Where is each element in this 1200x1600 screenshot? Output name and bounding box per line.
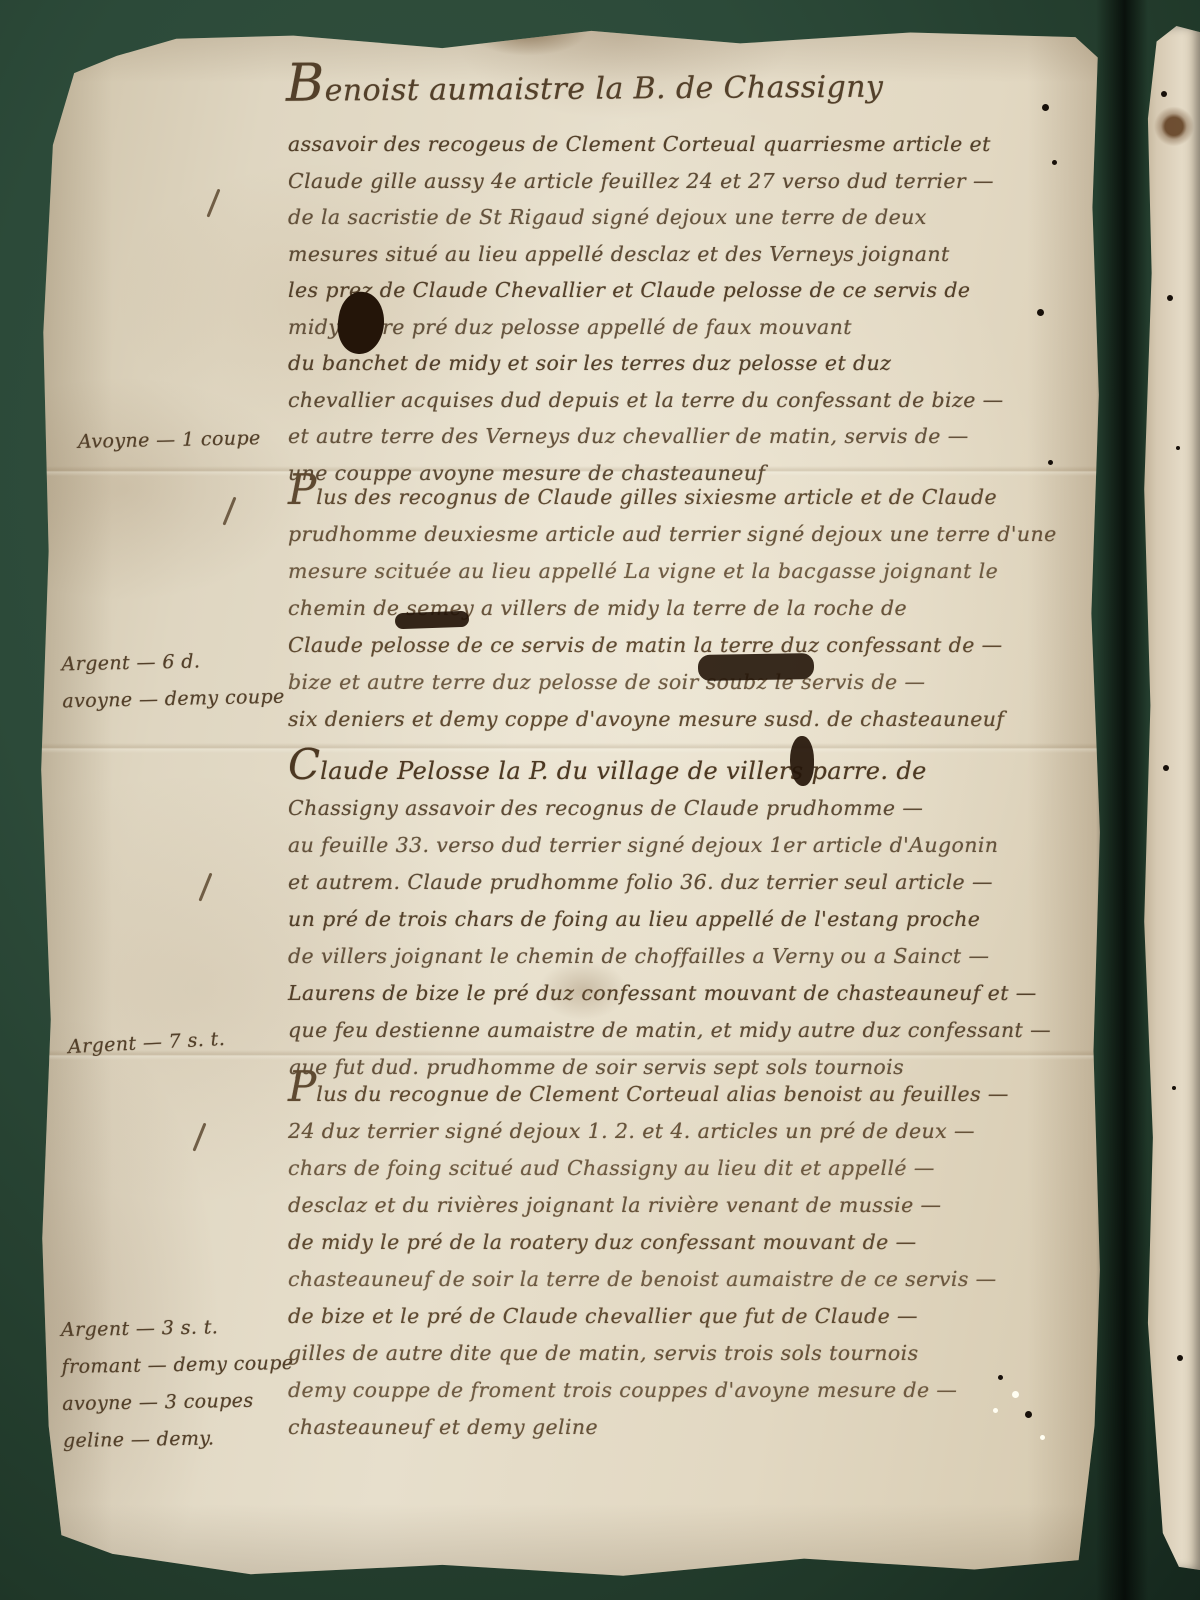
- manuscript-line: prudhomme deuxiesme article aud terrier …: [288, 516, 1113, 553]
- paragraph-1: assavoir des recogeus de Clement Corteua…: [288, 126, 1113, 491]
- margin-note-argent-avoyne: Argent — 6 d. avoyne — demy coupe: [61, 642, 285, 721]
- photo-backdrop: Benoist aumaistre la B. de Chassigny ass…: [0, 0, 1200, 1600]
- manuscript-line: demy couppe de froment trois couppes d'a…: [288, 1372, 1113, 1409]
- margin-note-argent-fromant-avoyne-geline: Argent — 3 s. t. fromant — demy coupe av…: [61, 1308, 295, 1460]
- margin-note-line: Argent — 6 d.: [61, 642, 284, 684]
- manuscript-line: de bize et le pré de Claude chevallier q…: [288, 1298, 1113, 1335]
- manuscript-line: gilles de autre dite que de matin, servi…: [288, 1335, 1113, 1372]
- manuscript-line: Claude gille aussy 4e article feuillez 2…: [288, 163, 1113, 200]
- ink-scribble: [395, 611, 470, 630]
- manuscript-line: mesures situé au lieu appellé desclaz et…: [288, 236, 1113, 273]
- paragraph-3: Claude Pelosse la P. du village de ville…: [288, 753, 1113, 1086]
- manuscript-line: et autre terre des Verneys duz chevallie…: [288, 418, 1113, 455]
- margin-tick-mark: [192, 1123, 206, 1152]
- margin-note-line: fromant — demy coupe: [61, 1345, 293, 1386]
- binding-gutter: [1096, 0, 1148, 1600]
- manuscript-line: mesure scituée au lieu appellé La vigne …: [288, 553, 1113, 590]
- manuscript-line: Claude Pelosse la P. du village de ville…: [288, 753, 1113, 790]
- manuscript-line: Plus du recognue de Clement Corteual ali…: [288, 1076, 1113, 1113]
- ink-blot: [790, 736, 814, 786]
- manuscript-line: au feuille 33. verso dud terrier signé d…: [288, 827, 1113, 864]
- margin-note-line: avoyne — demy coupe: [62, 679, 285, 721]
- manuscript-line: les prez de Claude Chevallier et Claude …: [288, 272, 1113, 309]
- manuscript-line: chars de foing scitué aud Chassigny au l…: [288, 1150, 1113, 1187]
- manuscript-page: Benoist aumaistre la B. de Chassigny ass…: [38, 20, 1102, 1582]
- manuscript-line: de villers joignant le chemin de choffai…: [288, 938, 1113, 975]
- manuscript-line: que feu destienne aumaistre de matin, et…: [288, 1012, 1113, 1049]
- manuscript-line: six deniers et demy coppe d'avoyne mesur…: [288, 701, 1113, 738]
- manuscript-line: et autrem. Claude prudhomme folio 36. du…: [288, 864, 1113, 901]
- fold-crease: [38, 743, 1102, 753]
- manuscript-line: un pré de trois chars de foing au lieu a…: [288, 901, 1113, 938]
- manuscript-line: de midy le pré de la roatery duz confess…: [288, 1224, 1113, 1261]
- margin-note-line: avoyne — 3 coupes: [62, 1382, 294, 1423]
- manuscript-line: desclaz et du rivières joignant la riviè…: [288, 1187, 1113, 1224]
- manuscript-line: de la sacristie de St Rigaud signé dejou…: [288, 199, 1113, 236]
- manuscript-line: chasteauneuf et demy geline: [288, 1409, 1113, 1446]
- manuscript-line: 24 duz terrier signé dejoux 1. 2. et 4. …: [288, 1113, 1113, 1150]
- paper-stain: [468, 6, 588, 56]
- margin-note-line: geline — demy.: [63, 1419, 295, 1460]
- manuscript-line: midy autre pré duz pelosse appellé de fa…: [288, 309, 1113, 346]
- page-title: Benoist aumaistre la B. de Chassigny: [286, 63, 1086, 109]
- margin-tick-mark: [222, 497, 236, 526]
- manuscript-line: du banchet de midy et soir les terres du…: [288, 345, 1113, 382]
- manuscript-line: Plus des recognus de Claude gilles sixie…: [288, 479, 1113, 516]
- margin-tick-mark: [198, 873, 212, 902]
- paragraph-4: Plus du recognue de Clement Corteual ali…: [288, 1076, 1113, 1446]
- manuscript-line: Laurens de bize le pré duz confessant mo…: [288, 975, 1113, 1012]
- worm-holes: [38, 20, 43, 25]
- margin-tick-mark: [206, 189, 220, 218]
- manuscript-line: chasteauneuf de soir la terre de benoist…: [288, 1261, 1113, 1298]
- ink-blot: [698, 653, 814, 681]
- margin-note-line: Avoyne — 1 coupe: [78, 420, 261, 461]
- manuscript-line: assavoir des recogeus de Clement Corteua…: [288, 126, 1113, 163]
- margin-note-line: Argent — 3 s. t.: [61, 1308, 293, 1349]
- manuscript-line: Chassigny assavoir des recognus de Claud…: [288, 790, 1113, 827]
- paragraph-2: Plus des recognus de Claude gilles sixie…: [288, 479, 1113, 738]
- margin-note-avoyne: Avoyne — 1 coupe: [78, 420, 261, 461]
- manuscript-line: chevallier acquises dud depuis et la ter…: [288, 382, 1113, 419]
